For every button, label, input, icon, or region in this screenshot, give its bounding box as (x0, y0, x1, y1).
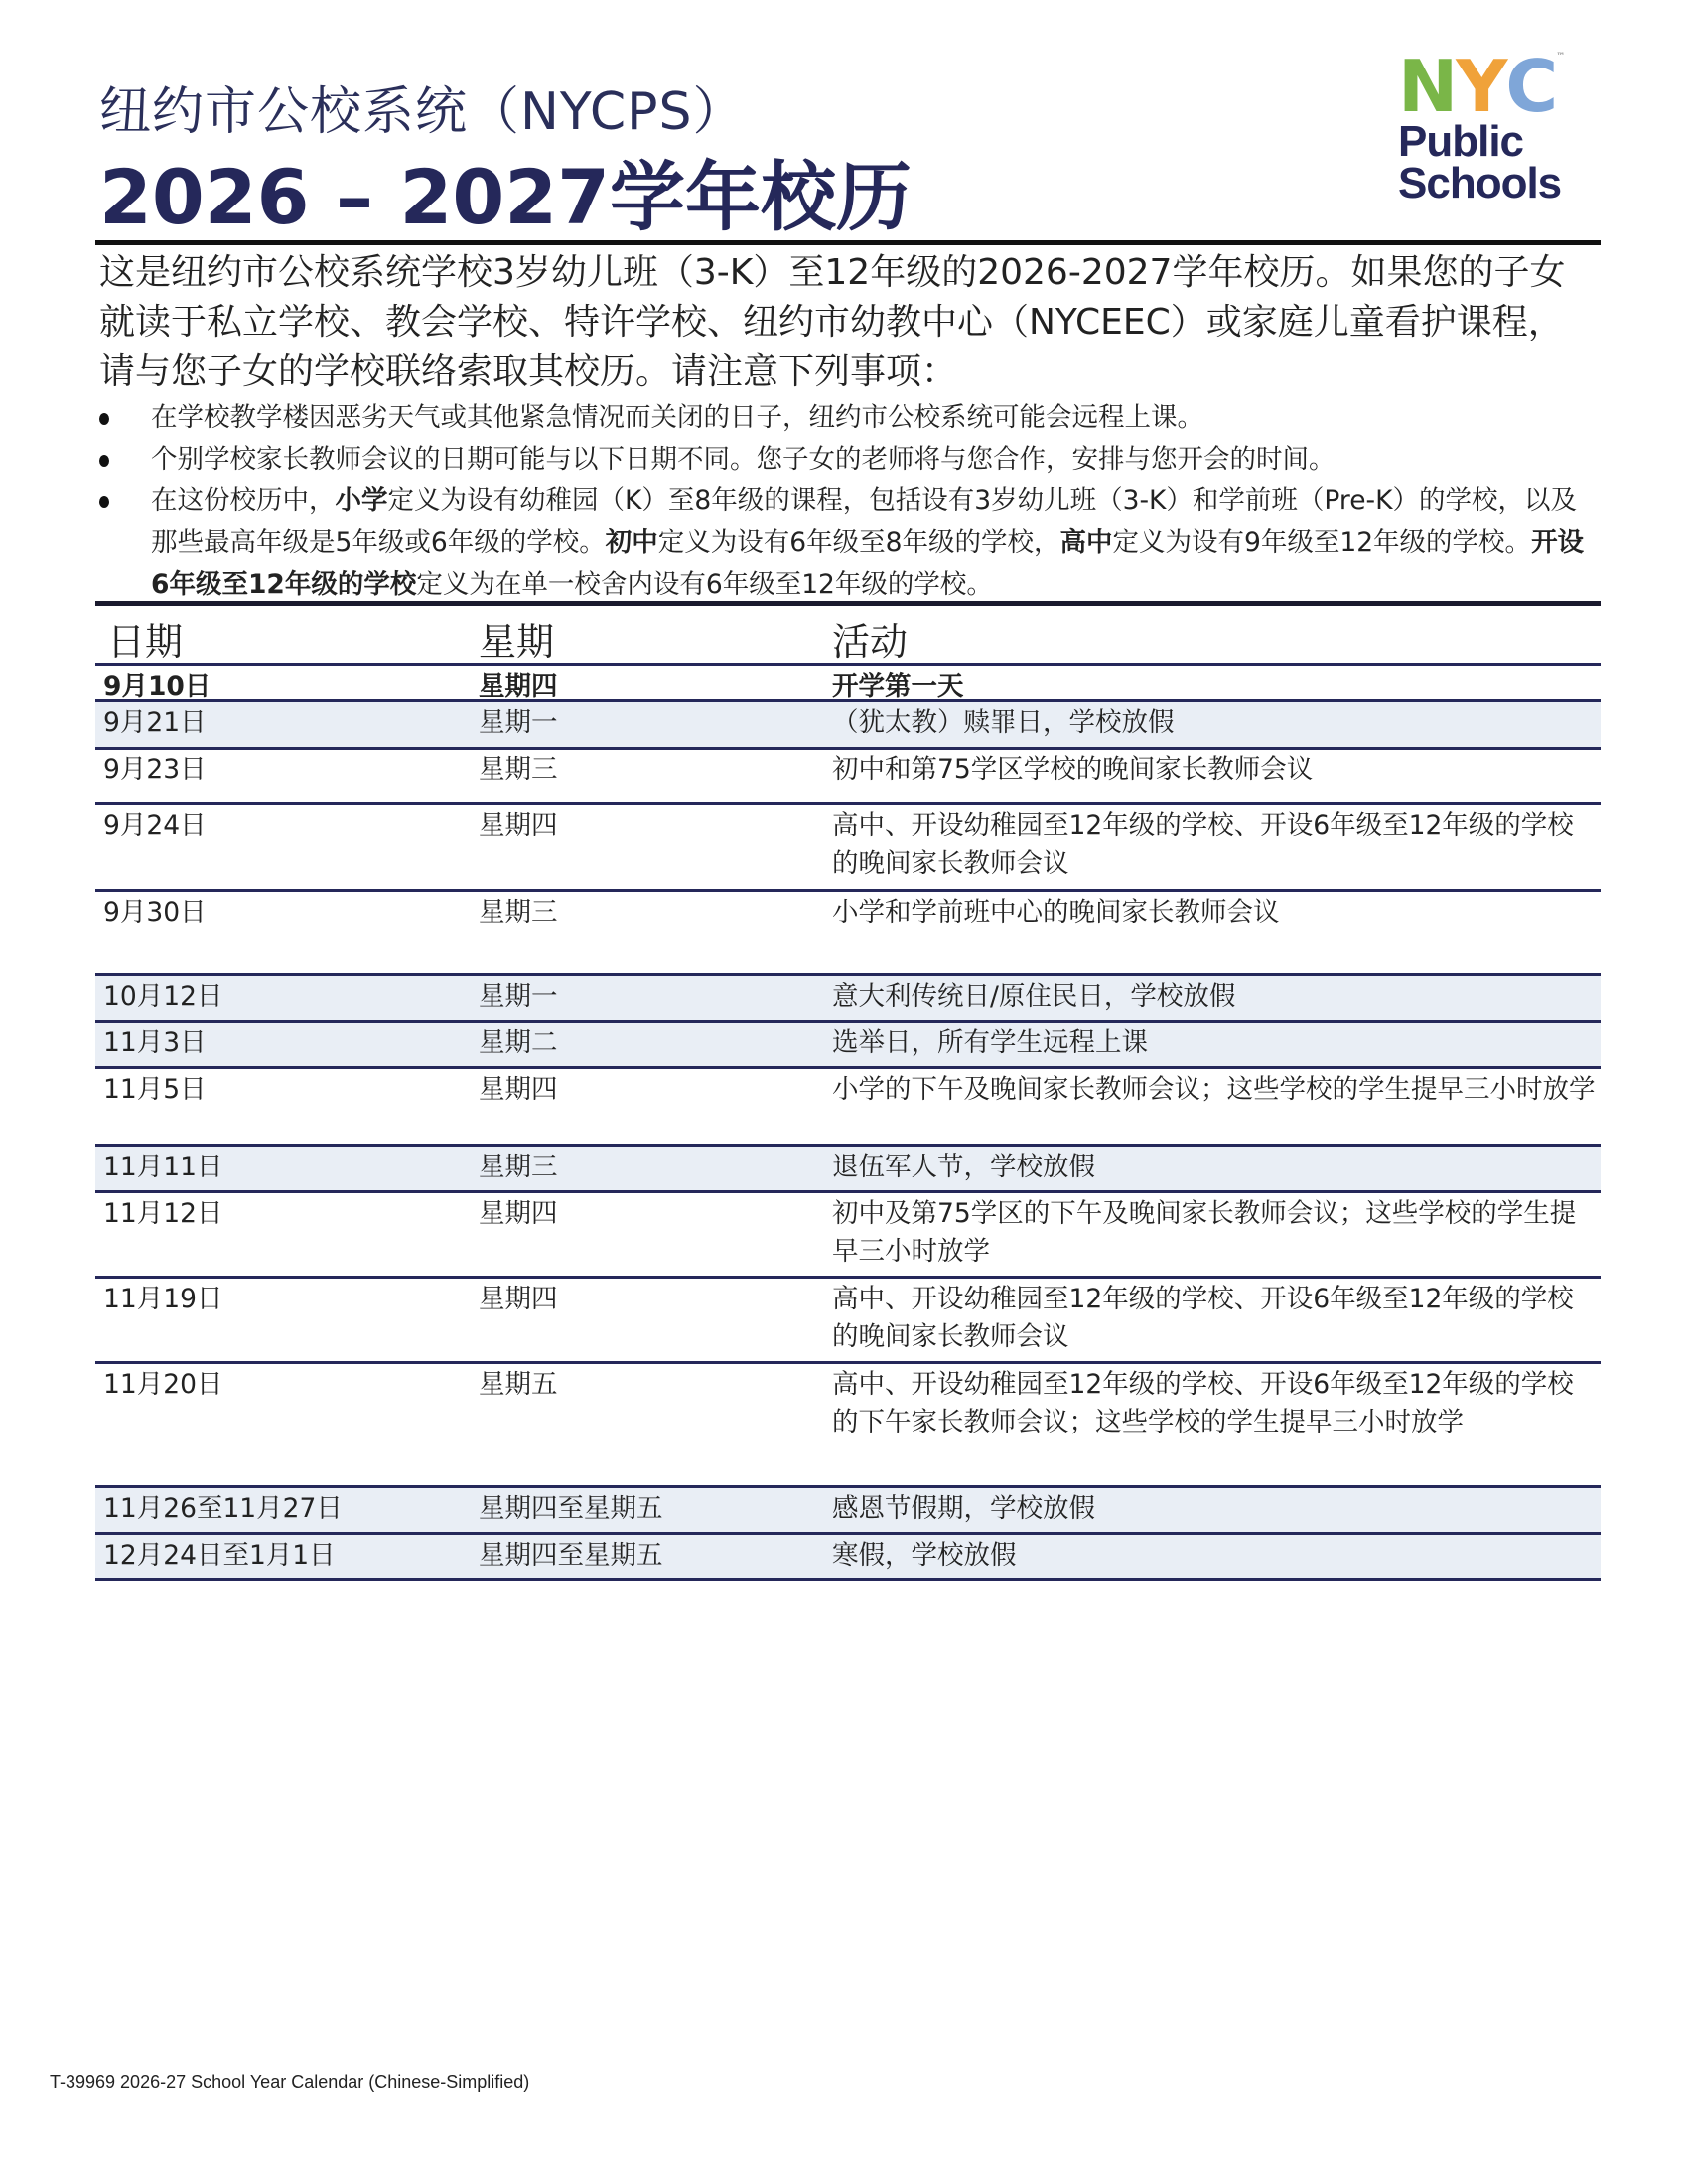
table-row: 12月24日至1月1日星期四至星期五寒假，学校放假 (95, 1535, 1601, 1581)
cell-activity: 初中和第75学区学校的晚间家长教师会议 (832, 751, 1597, 789)
table-row: 11月12日星期四初中及第75学区的下午及晚间家长教师会议；这些学校的学生提早三… (95, 1193, 1601, 1279)
cell-day: 星期四 (479, 668, 558, 706)
cell-date: 10月12日 (103, 978, 222, 1016)
trademark-symbol: ™ (1556, 52, 1565, 62)
cell-activity: 退伍军人节，学校放假 (832, 1149, 1597, 1186)
note-text-definitions: 在这份校历中，小学定义为设有幼稚园（K）至8年级的课程，包括设有3岁幼儿班（3-… (151, 485, 1584, 600)
cell-activity: 初中及第75学区的下午及晚间家长教师会议；这些学校的学生提早三小时放学 (832, 1195, 1597, 1271)
cell-activity: 小学的下午及晚间家长教师会议；这些学校的学生提早三小时放学 (832, 1071, 1597, 1109)
cell-day: 星期一 (479, 978, 558, 1016)
cell-activity: 开学第一天 (832, 668, 1597, 706)
table-row: 11月5日星期四小学的下午及晚间家长教师会议；这些学校的学生提早三小时放学 (95, 1069, 1601, 1147)
cell-day: 星期一 (479, 704, 558, 742)
cell-activity: 感恩节假期，学校放假 (832, 1490, 1597, 1528)
cell-date: 9月23日 (103, 751, 207, 789)
note-item: 个别学校家长教师会议的日期可能与以下日期不同。您子女的老师将与您合作，安排与您开… (99, 439, 1599, 480)
header-divider (95, 240, 1601, 245)
cell-date: 12月24日至1月1日 (103, 1537, 336, 1574)
page-title: 2026 – 2027学年校历 (99, 137, 912, 245)
cell-day: 星期四至星期五 (479, 1490, 663, 1528)
cell-date: 11月3日 (103, 1024, 207, 1062)
cell-date: 11月19日 (103, 1281, 222, 1318)
table-row: 9月10日星期四开学第一天 (95, 666, 1601, 702)
cell-activity: 寒假，学校放假 (832, 1537, 1597, 1574)
table-row: 9月30日星期三小学和学前班中心的晚间家长教师会议 (95, 892, 1601, 976)
table-row: 11月20日星期五高中、开设幼稚园至12年级的学校、开设6年级至12年级的学校的… (95, 1364, 1601, 1488)
table-top-divider (95, 601, 1601, 606)
nyc-letters: N Y C ™ (1398, 52, 1597, 121)
table-header: 日期 星期 活动 (95, 608, 1601, 666)
cell-date: 9月30日 (103, 894, 207, 932)
cell-day: 星期三 (479, 894, 558, 932)
cell-day: 星期三 (479, 1149, 558, 1186)
cell-date: 9月10日 (103, 668, 211, 706)
cell-day: 星期四 (479, 1281, 558, 1318)
table-row: 9月21日星期一（犹太教）赎罪日，学校放假 (95, 702, 1601, 750)
bullet-icon (99, 413, 109, 425)
table-row: 11月19日星期四高中、开设幼稚园至12年级的学校、开设6年级至12年级的学校的… (95, 1279, 1601, 1364)
note-item: 在这份校历中，小学定义为设有幼稚园（K）至8年级的课程，包括设有3岁幼儿班（3-… (99, 480, 1599, 606)
note-fragment: 定义为在单一校舍内设有6年级至12年级的学校。 (416, 569, 993, 600)
term-high-school: 高中 (1059, 527, 1112, 558)
cell-activity: 选举日，所有学生远程上课 (832, 1024, 1597, 1062)
bullet-icon (99, 496, 109, 508)
notes-list: 在学校教学楼因恶劣天气或其他紧急情况而关闭的日子，纽约市公校系统可能会远程上课。… (99, 397, 1599, 606)
logo-line-schools: Schools (1398, 163, 1597, 205)
logo-letter-y: Y (1456, 52, 1503, 121)
logo-letter-n: N (1398, 52, 1454, 121)
table-row: 11月11日星期三退伍军人节，学校放假 (95, 1147, 1601, 1193)
cell-day: 星期五 (479, 1366, 558, 1404)
cell-date: 11月26至11月27日 (103, 1490, 343, 1528)
term-middle-school: 初中 (606, 527, 658, 558)
note-item: 在学校教学楼因恶劣天气或其他紧急情况而关闭的日子，纽约市公校系统可能会远程上课。 (99, 397, 1599, 439)
intro-paragraph: 这是纽约市公校系统学校3岁幼儿班（3-K）至12年级的2026-2027学年校历… (99, 248, 1599, 397)
cell-activity: （犹太教）赎罪日，学校放假 (832, 704, 1597, 742)
cell-date: 9月21日 (103, 704, 207, 742)
cell-day: 星期二 (479, 1024, 558, 1062)
term-elementary: 小学 (336, 485, 388, 516)
note-fragment: 在这份校历中， (151, 485, 336, 516)
cell-date: 11月12日 (103, 1195, 222, 1233)
logo-letter-c: C (1505, 52, 1554, 121)
cell-activity: 小学和学前班中心的晚间家长教师会议 (832, 894, 1597, 932)
nyc-public-schools-logo: N Y C ™ Public Schools (1398, 52, 1597, 205)
note-text: 个别学校家长教师会议的日期可能与以下日期不同。您子女的老师将与您合作，安排与您开… (151, 444, 1336, 475)
table-row: 11月3日星期二选举日，所有学生远程上课 (95, 1023, 1601, 1069)
note-fragment: 定义为设有9年级至12年级的学校。 (1112, 527, 1531, 558)
note-text: 在学校教学楼因恶劣天气或其他紧急情况而关闭的日子，纽约市公校系统可能会远程上课。 (151, 402, 1203, 433)
page-subtitle: 纽约市公校系统（NYCPS） (99, 69, 746, 144)
logo-line-public: Public (1398, 121, 1597, 163)
column-header-day: 星期 (479, 612, 554, 666)
cell-day: 星期四至星期五 (479, 1537, 663, 1574)
column-header-activity: 活动 (832, 612, 908, 666)
cell-date: 9月24日 (103, 807, 207, 845)
cell-day: 星期四 (479, 1195, 558, 1233)
cell-activity: 高中、开设幼稚园至12年级的学校、开设6年级至12年级的学校的下午家长教师会议；… (832, 1366, 1597, 1441)
table-row: 9月23日星期三初中和第75学区学校的晚间家长教师会议 (95, 750, 1601, 805)
cell-day: 星期三 (479, 751, 558, 789)
cell-activity: 高中、开设幼稚园至12年级的学校、开设6年级至12年级的学校的晚间家长教师会议 (832, 1281, 1597, 1356)
cell-day: 星期四 (479, 807, 558, 845)
cell-date: 11月11日 (103, 1149, 222, 1186)
table-row: 9月24日星期四高中、开设幼稚园至12年级的学校、开设6年级至12年级的学校的晚… (95, 805, 1601, 892)
column-header-date: 日期 (107, 612, 183, 666)
cell-date: 11月5日 (103, 1071, 207, 1109)
table-row: 11月26至11月27日星期四至星期五感恩节假期，学校放假 (95, 1488, 1601, 1535)
bullet-icon (99, 455, 109, 467)
cell-date: 11月20日 (103, 1366, 222, 1404)
table-row: 10月12日星期一意大利传统日/原住民日，学校放假 (95, 976, 1601, 1023)
cell-activity: 高中、开设幼稚园至12年级的学校、开设6年级至12年级的学校的晚间家长教师会议 (832, 807, 1597, 883)
note-fragment: 定义为设有6年级至8年级的学校， (658, 527, 1060, 558)
cell-day: 星期四 (479, 1071, 558, 1109)
calendar-table: 9月10日星期四开学第一天9月21日星期一（犹太教）赎罪日，学校放假9月23日星… (95, 666, 1601, 1581)
cell-activity: 意大利传统日/原住民日，学校放假 (832, 978, 1597, 1016)
document-footer: T-39969 2026-27 School Year Calendar (Ch… (50, 2072, 529, 2093)
